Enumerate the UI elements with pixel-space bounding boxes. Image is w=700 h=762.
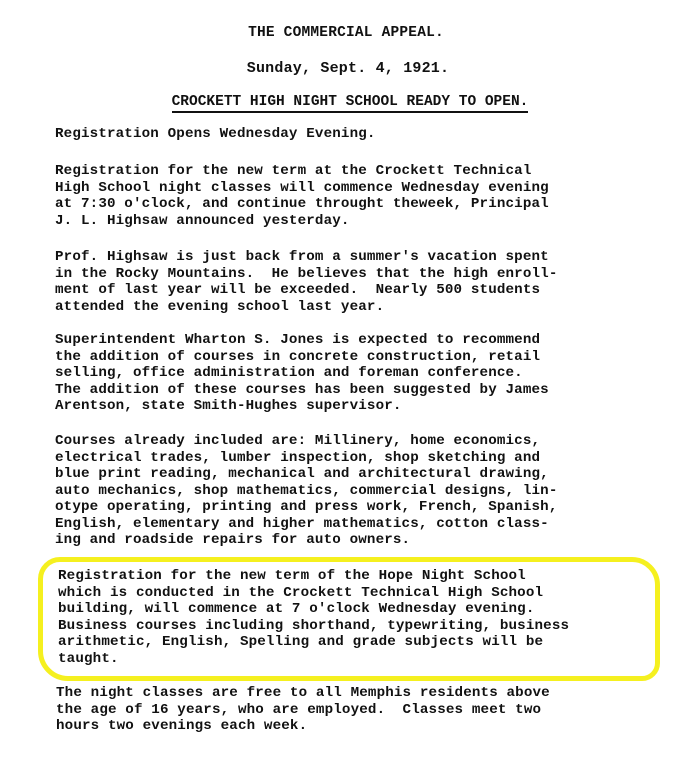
paragraph-eligibility: The night classes are free to all Memphi… [56,685,666,735]
paragraph-enrollment: Prof. Highsaw is just back from a summer… [55,249,665,315]
article-subheading: Registration Opens Wednesday Evening. [55,126,665,143]
article-headline-text: CROCKETT HIGH NIGHT SCHOOL READY TO OPEN… [172,94,529,113]
document-page: THE COMMERCIAL APPEAL. Sunday, Sept. 4, … [0,0,700,762]
article-headline: CROCKETT HIGH NIGHT SCHOOL READY TO OPEN… [0,94,700,110]
publication-title: THE COMMERCIAL APPEAL. [0,25,696,41]
publication-date: Sunday, Sept. 4, 1921. [0,60,698,77]
paragraph-registration: Registration for the new term at the Cro… [55,163,665,229]
paragraph-existing-courses: Courses already included are: Millinery,… [55,433,665,549]
paragraph-new-courses: Superintendent Wharton S. Jones is expec… [55,332,665,415]
paragraph-hope-night-school: Registration for the new term of the Hop… [58,568,668,667]
